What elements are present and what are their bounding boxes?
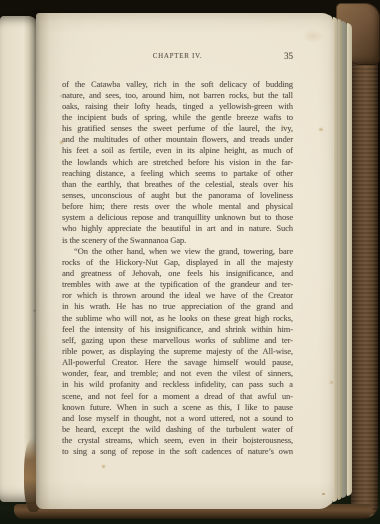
text-line: thesublimewhowillnot,ashelooksonthesegre… bbox=[62, 313, 293, 324]
text-line: tosingasongofreposeinthesoftcadencesofna… bbox=[62, 446, 293, 457]
facing-page-edge bbox=[0, 16, 38, 502]
text-line: rorwhichisthrownaroundtheidealwehaveofth… bbox=[62, 290, 293, 301]
text-line: is the scenery of the Swannanoa Gap. bbox=[62, 235, 293, 246]
text-line: trembleswithaweatthetypificationofthegra… bbox=[62, 279, 293, 290]
text-line: whohighlyappreciatethebeautifulinartandi… bbox=[62, 223, 293, 234]
text-line: oaks,raisingtheirloftyheads,tingedayello… bbox=[62, 101, 293, 112]
text-line: scene,andnotfeelforamomentadreadofthataw… bbox=[62, 391, 293, 402]
text-line: hisgratifiedsensesthesweetperfumeofthela… bbox=[62, 123, 293, 134]
pencil-margin-mark: - bbox=[33, 305, 36, 315]
text-line: riblepower,asdisplayingthesuprememajesty… bbox=[62, 346, 293, 357]
foxing-spot bbox=[322, 493, 325, 495]
text-line: wonder,fear,andtremble;andnoteventhevile… bbox=[62, 368, 293, 379]
text-line: thelowlandswhicharestretchedbeforehisvis… bbox=[62, 157, 293, 168]
text-line: inhiswrath.Hehasnotrueappreciationoftheg… bbox=[62, 301, 293, 312]
text-line: andgreatnessofJehovah,onefeelshisinsigni… bbox=[62, 268, 293, 279]
chapter-heading: CHAPTER IV. bbox=[62, 52, 293, 60]
text-line: theincipientbudsofspring,whilethegentleb… bbox=[62, 112, 293, 123]
text-line: self,gazinguponthesemarvellousworksofsub… bbox=[62, 335, 293, 346]
text-line: feeltheintensityofhisinsignificance,ands… bbox=[62, 324, 293, 335]
text-line: knownfuture.Wheninsuchasceneasthis,Ilike… bbox=[62, 402, 293, 413]
foxing-spot bbox=[319, 128, 323, 131]
text-line: senses,unconsciousofaughtbutthepanoramao… bbox=[62, 190, 293, 201]
text-line: beforehim;thererestsoverthewholementalan… bbox=[62, 201, 293, 212]
body-text: - oftheCatawbavalley,richinthesoftdelica… bbox=[62, 79, 293, 458]
book-photo: CHAPTER IV. 35 - oftheCatawbavalley,rich… bbox=[0, 0, 380, 524]
text-line: thecrystalstreams,whichseem,evenintheirb… bbox=[62, 435, 293, 446]
page-edge-5 bbox=[347, 23, 352, 496]
text-line: reachingdistance,afeelingwhichseemstopar… bbox=[62, 168, 293, 179]
page-header: CHAPTER IV. 35 bbox=[62, 52, 293, 64]
text-line: beheard,exceptthewilddashingoftheturbule… bbox=[62, 424, 293, 435]
text-line: All-powerfulCreator.Herethesavagehimself… bbox=[62, 357, 293, 368]
book-page: CHAPTER IV. 35 - oftheCatawbavalley,rich… bbox=[36, 13, 334, 509]
foxing-spot bbox=[330, 381, 333, 384]
page-number: 35 bbox=[284, 51, 293, 61]
text-line: rocksoftheHickory-NutGap,displayedinallt… bbox=[62, 257, 293, 268]
text-line: systemadeliciousreposeandtranquillityunk… bbox=[62, 212, 293, 223]
text-line: oftheCatawbavalley,richinthesoftdelicacy… bbox=[62, 79, 293, 90]
text-line: thantheearthly,thatbreathesofthecelestia… bbox=[62, 179, 293, 190]
text-line: nature,andsees,too,aroundhim,notbarrenro… bbox=[62, 90, 293, 101]
book-cover-right bbox=[351, 5, 378, 518]
text-line: andthemultitudesofothermountainflowers,a… bbox=[62, 134, 293, 145]
text-line: andlosemyselfinthought,notaworduttered,n… bbox=[62, 413, 293, 424]
text-line: hisfeetasoilasfertile,eveninitsalpinehei… bbox=[62, 145, 293, 156]
text-line: “Ontheotherhand,whenweviewthegrand,tower… bbox=[62, 246, 293, 257]
foxing-spot bbox=[102, 465, 105, 468]
text-line: inhiswildprofanityandrecklessinfidelity,… bbox=[62, 379, 293, 390]
foxing-spot bbox=[298, 27, 328, 45]
